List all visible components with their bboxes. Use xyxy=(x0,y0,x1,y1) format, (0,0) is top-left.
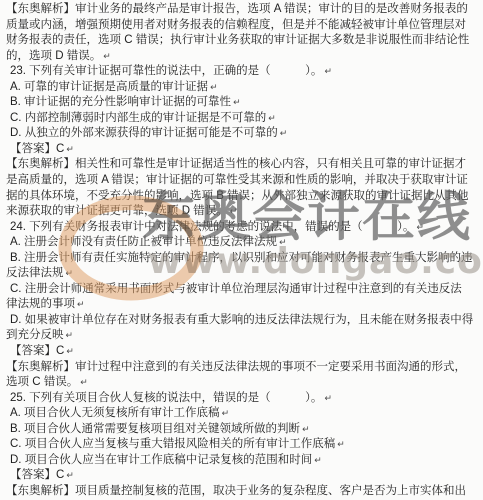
line-text: 24. 下列有关财务报表审计中对法律法规的考虑的说法中，错误的是（ ）。 xyxy=(10,221,414,233)
return-mark-icon: ↵ xyxy=(66,330,74,340)
line-text: D. 项目合伙人应当在审计工作底稿中记录复核的范围和时间 xyxy=(10,454,312,466)
line-text: 23. 下列有关审计证据可靠性的说法中，正确的是（ ）。 xyxy=(10,65,322,77)
text-line: 据的具体环境，不受充分性的影响，选项 B 错误；从外部独立来源获取的审计证据比从… xyxy=(6,189,479,205)
text-layer: 【东奥解析】审计业务的最终产品是审计报告，选项 A 错误；审计的目的是改善财务报… xyxy=(0,0,483,500)
return-mark-icon: ↵ xyxy=(210,82,218,92)
text-line: 【东奥解析】审计业务的最终产品是审计报告，选项 A 错误；审计的目的是改善财务报… xyxy=(6,2,479,18)
line-text: A. 注册会计师没有责任防止被审计单位违反法律法规 xyxy=(10,236,277,248)
line-text: 来源获取的审计证据更可靠，选项 D 错误。 xyxy=(6,205,228,217)
text-line: 【答案】C↵ xyxy=(6,468,479,484)
line-text: 反法律法规 xyxy=(6,267,64,279)
line-text: 的，选项 D 错误。 xyxy=(6,50,101,62)
line-text: 选项 C 错误。 xyxy=(6,376,78,388)
text-line: 是高质量的，选项 A 错误；审计证据的可靠性受其来源和性质的影响，并取决于获取审… xyxy=(6,173,479,189)
text-line: A. 注册会计师没有责任防止被审计单位违反法律法规↵ xyxy=(6,235,479,251)
text-line: 【东奥解析】审计过程中注意到的有关违反法律法规的事项不一定要采用书面沟通的形式， xyxy=(6,360,479,376)
text-line: 24. 下列有关财务报表审计中对法律法规的考虑的说法中，错误的是（ ）。↵ xyxy=(6,220,479,236)
text-line: 来源获取的审计证据更可靠，选项 D 错误。↵ xyxy=(6,204,479,220)
text-line: 【东奥解析】相关性和可靠性是审计证据适当性的核心内容，只有相关且可靠的审计证据才 xyxy=(6,157,479,173)
text-line: D. 项目合伙人应当在审计工作底稿中记录复核的范围和时间↵ xyxy=(6,453,479,469)
text-line: 律法规的事项↵ xyxy=(6,297,479,313)
line-text: A. 项目合伙人无须复核所有审计工作底稿 xyxy=(10,407,220,419)
return-mark-icon: ↵ xyxy=(103,51,111,61)
return-mark-icon: ↵ xyxy=(337,439,345,449)
line-text: 【东奥解析】审计过程中注意到的有关违反法律法规的事项不一定要采用书面沟通的形式， xyxy=(6,361,466,373)
return-mark-icon: ↵ xyxy=(80,377,88,387)
line-text: C. 注册会计师通常采用书面形式与被审计单位治理层沟通审计过程中注意到的有关违反… xyxy=(10,283,462,295)
line-text: B. 项目合伙人通常需要复核项目组对关键领域所做的判断 xyxy=(10,423,300,435)
document-page: 【东奥解析】审计业务的最终产品是审计报告，选项 A 错误；审计的目的是改善财务报… xyxy=(0,0,483,500)
text-line: 到充分反映↵ xyxy=(6,328,479,344)
text-line: D. 从独立的外部来源获得的审计证据可能是不可靠的↵ xyxy=(6,126,479,142)
line-text: 【东奥解析】项目质量控制复核的范围，取决于业务的复杂程度、客户是否为上市实体和出 xyxy=(6,485,466,497)
text-line: C. 项目合伙人应当复核与重大错报风险相关的所有审计工作底稿↵ xyxy=(6,437,479,453)
return-mark-icon: ↵ xyxy=(233,97,241,107)
return-mark-icon: ↵ xyxy=(230,206,238,216)
return-mark-icon: ↵ xyxy=(66,268,74,278)
text-line: B. 审计证据的充分性影响审计证据的可靠性↵ xyxy=(6,95,479,111)
return-mark-icon: ↵ xyxy=(66,346,74,356)
line-text: 【答案】C xyxy=(10,469,64,481)
return-mark-icon: ↵ xyxy=(77,299,85,309)
text-line: D. 如果被审计单位存在对财务报表有重大影响的违反法律法规行为，且未能在财务报表… xyxy=(6,313,479,329)
text-line: 质量或内涵，增强预期使用者对财务报表的信赖程度，但是并不能减轻被审计单位管理层对 xyxy=(6,18,479,34)
text-line: A. 项目合伙人无须复核所有审计工作底稿↵ xyxy=(6,406,479,422)
text-line: 【东奥解析】项目质量控制复核的范围，取决于业务的复杂程度、客户是否为上市实体和出 xyxy=(6,484,479,500)
line-text: 律法规的事项 xyxy=(6,298,75,310)
text-line: B. 注册会计师有责任实施特定的审计程序，以识别和应对可能对财务报表产生重大影响… xyxy=(6,251,479,267)
line-text: 25. 下列有关项目合伙人复核的说法中，错误的是（ ）。 xyxy=(10,392,322,404)
text-line: 财务报表的责任，选项 C 错误；执行审计业务获取的审计证据大多数是非说服性而非结… xyxy=(6,33,479,49)
line-text: 据的具体环境，不受充分性的影响，选项 B 错误；从外部独立来源获取的审计证据比从… xyxy=(6,190,469,202)
return-mark-icon: ↵ xyxy=(324,66,332,76)
line-text: B. 注册会计师有责任实施特定的审计程序，以识别和应对可能对财务报表产生重大影响… xyxy=(10,252,473,264)
return-mark-icon: ↵ xyxy=(268,113,276,123)
line-text: B. 审计证据的充分性影响审计证据的可靠性 xyxy=(10,96,231,108)
line-text: C. 项目合伙人应当复核与重大错报风险相关的所有审计工作底稿 xyxy=(10,438,335,450)
return-mark-icon: ↵ xyxy=(66,470,74,480)
line-text: C. 内部控制薄弱时内部生成的审计证据是不可靠的 xyxy=(10,112,266,124)
text-line: A. 可靠的审计证据是高质量的审计证据↵ xyxy=(6,80,479,96)
line-text: 到充分反映 xyxy=(6,329,64,341)
return-mark-icon: ↵ xyxy=(279,237,287,247)
return-mark-icon: ↵ xyxy=(280,128,288,138)
return-mark-icon: ↵ xyxy=(302,424,310,434)
line-text: 质量或内涵，增强预期使用者对财务报表的信赖程度，但是并不能减轻被审计单位管理层对 xyxy=(6,19,466,31)
text-line: 反法律法规↵ xyxy=(6,266,479,282)
text-line: 25. 下列有关项目合伙人复核的说法中，错误的是（ ）。↵ xyxy=(6,391,479,407)
return-mark-icon: ↵ xyxy=(66,144,74,154)
text-line: B. 项目合伙人通常需要复核项目组对关键领域所做的判断↵ xyxy=(6,422,479,438)
line-text: 【答案】C xyxy=(10,143,64,155)
line-text: D. 如果被审计单位存在对财务报表有重大影响的违反法律法规行为，且未能在财务报表… xyxy=(10,314,473,326)
text-line: 的，选项 D 错误。↵ xyxy=(6,49,479,65)
return-mark-icon: ↵ xyxy=(324,393,332,403)
line-text: 财务报表的责任，选项 C 错误；执行审计业务获取的审计证据大多数是非说服性而非结… xyxy=(6,34,469,46)
return-mark-icon: ↵ xyxy=(222,408,230,418)
line-text: 【东奥解析】相关性和可靠性是审计证据适当性的核心内容，只有相关且可靠的审计证据才 xyxy=(6,158,466,170)
text-line: 【答案】C↵ xyxy=(6,344,479,360)
line-text: A. 可靠的审计证据是高质量的审计证据 xyxy=(10,81,208,93)
text-line: C. 注册会计师通常采用书面形式与被审计单位治理层沟通审计过程中注意到的有关违反… xyxy=(6,282,479,298)
return-mark-icon: ↵ xyxy=(416,222,424,232)
return-mark-icon: ↵ xyxy=(314,455,322,465)
line-text: D. 从独立的外部来源获得的审计证据可能是不可靠的 xyxy=(10,127,278,139)
text-line: 【答案】C↵ xyxy=(6,142,479,158)
line-text: 【答案】C xyxy=(10,345,64,357)
line-text: 是高质量的，选项 A 错误；审计证据的可靠性受其来源和性质的影响，并取决于获取审… xyxy=(6,174,468,186)
line-text: 【东奥解析】审计业务的最终产品是审计报告，选项 A 错误；审计的目的是改善财务报… xyxy=(6,3,468,15)
text-line: 选项 C 错误。↵ xyxy=(6,375,479,391)
text-line: 23. 下列有关审计证据可靠性的说法中，正确的是（ ）。↵ xyxy=(6,64,479,80)
text-line: C. 内部控制薄弱时内部生成的审计证据是不可靠的↵ xyxy=(6,111,479,127)
